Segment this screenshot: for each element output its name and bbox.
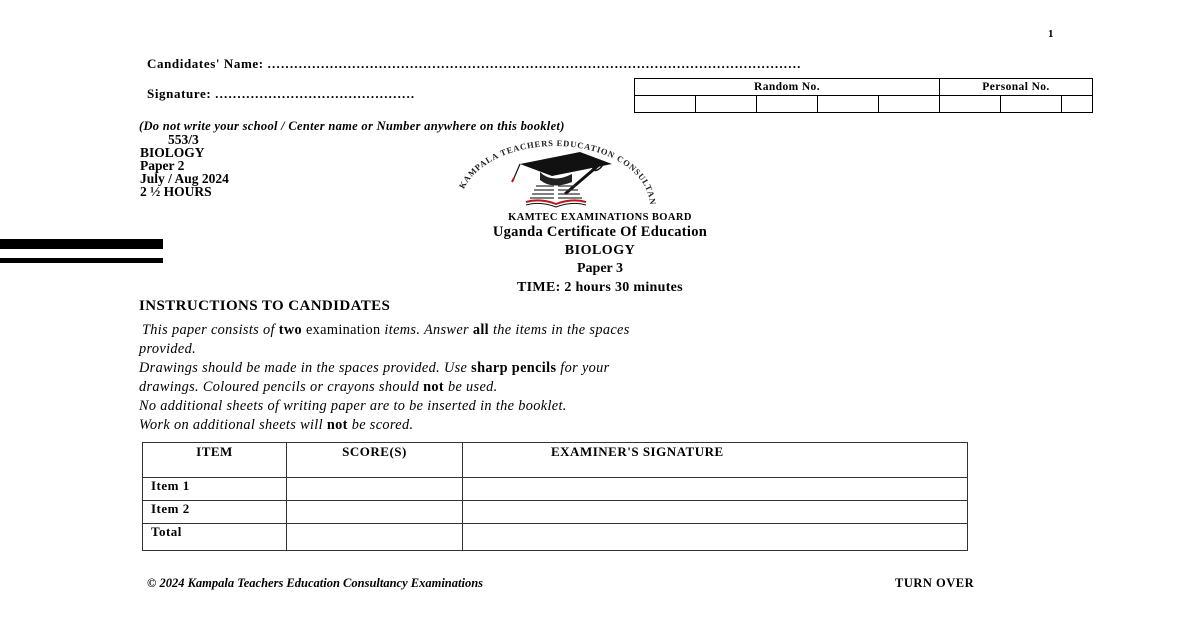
signature-field[interactable]: ........................................… [215, 86, 415, 101]
time-allowed: TIME: 2 hours 30 minutes [300, 280, 900, 296]
candidate-name-field[interactable]: ........................................… [268, 56, 802, 71]
item-label: Item 2 [143, 501, 287, 524]
instruction-line: drawings. Coloured pencils or crayons sh… [139, 379, 498, 396]
signature-label: Signature: [147, 86, 211, 101]
random-no-label: Random No. [635, 79, 940, 96]
certificate-title: Uganda Certificate Of Education [300, 224, 900, 241]
kamtec-logo: KAMPALA TEACHERS EDUCATION CONSULTANCY [440, 134, 670, 214]
paper-title: Paper 3 [300, 261, 900, 277]
paper-duration: 2 ½ HOURS [140, 185, 212, 198]
header-item: ITEM [143, 443, 287, 478]
header-signature: EXAMINER'S SIGNATURE [463, 443, 968, 478]
item-label: Total [143, 524, 287, 551]
instructions-heading: INSTRUCTIONS TO CANDIDATES [139, 298, 390, 315]
instruction-line: Drawings should be made in the spaces pr… [139, 360, 610, 377]
random-no-cell[interactable] [879, 96, 940, 113]
thick-bar [0, 239, 163, 249]
random-no-cell[interactable] [696, 96, 757, 113]
copyright-footer: © 2024 Kampala Teachers Education Consul… [147, 576, 483, 591]
personal-no-cell[interactable] [1001, 96, 1062, 113]
candidate-name-label: Candidates' Name: [147, 56, 264, 71]
table-row: Item 2 [143, 501, 968, 524]
signature-cell[interactable] [463, 478, 968, 501]
signature-row: Signature: .............................… [147, 86, 415, 102]
score-table: ITEM SCORE(S) EXAMINER'S SIGNATURE Item … [142, 442, 968, 551]
score-cell[interactable] [287, 501, 463, 524]
instruction-line: No additional sheets of writing paper ar… [139, 398, 567, 415]
graduation-cap-book-icon: KAMPALA TEACHERS EDUCATION CONSULTANCY [440, 134, 670, 214]
thin-bar [0, 258, 163, 263]
candidate-number-grid: Random No. Personal No. [634, 78, 1093, 113]
header-score: SCORE(S) [287, 443, 463, 478]
turn-over-label: TURN OVER [895, 576, 974, 591]
booklet-warning: (Do not write your school / Center name … [139, 119, 565, 134]
score-cell[interactable] [287, 524, 463, 551]
score-table-header: ITEM SCORE(S) EXAMINER'S SIGNATURE [143, 443, 968, 478]
personal-no-label: Personal No. [940, 79, 1093, 96]
table-row: Item 1 [143, 478, 968, 501]
random-no-cell[interactable] [635, 96, 696, 113]
instruction-line: provided. [139, 341, 196, 358]
random-no-cell[interactable] [757, 96, 818, 113]
board-name: KAMTEC EXAMINATIONS BOARD [300, 212, 900, 223]
page-number: 1 [1048, 28, 1054, 40]
candidate-name-row: Candidates' Name: ......................… [147, 56, 802, 72]
personal-no-cell[interactable] [940, 96, 1001, 113]
item-label: Item 1 [143, 478, 287, 501]
signature-cell[interactable] [463, 524, 968, 551]
random-no-cell[interactable] [818, 96, 879, 113]
subject-title: BIOLOGY [300, 243, 900, 259]
personal-no-cell[interactable] [1062, 96, 1093, 113]
instruction-line: Work on additional sheets will not be sc… [139, 417, 413, 434]
instruction-line: This paper consists of two examination i… [142, 322, 630, 339]
score-cell[interactable] [287, 478, 463, 501]
table-row: Total [143, 524, 968, 551]
signature-cell[interactable] [463, 501, 968, 524]
